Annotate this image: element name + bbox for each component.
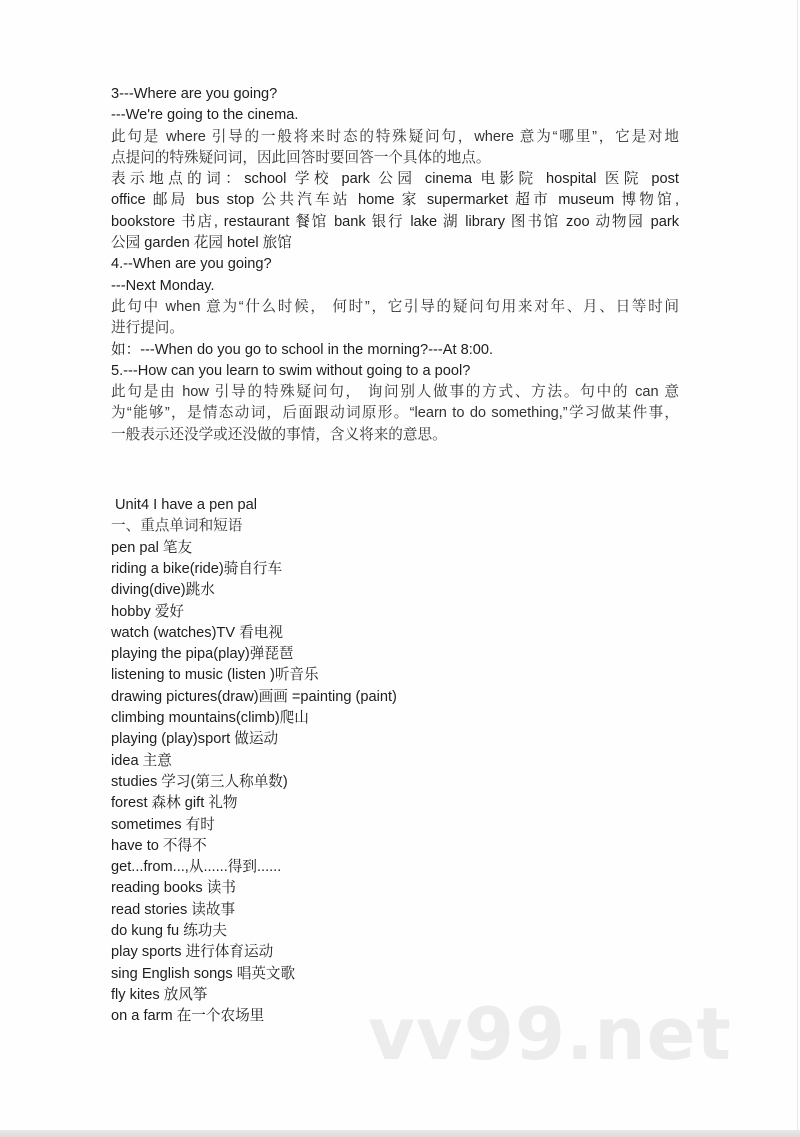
place-words-line: office 邮局 bus stop 公共汽车站 home 家 supermar… [111,190,679,211]
q5-explanation-line: 此句是由 how 引导的特殊疑问句， 询问别人做事的方式、方法。句中的 can … [111,382,679,403]
q3-question: 3---Where are you going? [111,84,679,105]
vocab-item: watch (watches)TV 看电视 [111,623,679,644]
q5-explanation-line: 一般表示还没学或还没做的事情，含义将来的意思。 [111,425,679,446]
q4-explanation-line: 此句中 when 意为“什么时候， 何时”，它引导的疑问句用来对年、月、日等时间 [111,297,679,318]
section-spacer [111,446,679,495]
document-content: 3---Where are you going? ---We're going … [111,84,679,1027]
q5-question: 5.---How can you learn to swim without g… [111,361,679,382]
q4-answer: ---Next Monday. [111,276,679,297]
q4-question: 4.--When are you going? [111,254,679,275]
q3-explanation-line: 点提问的特殊疑问词，因此回答时要回答一个具体的地点。 [111,148,679,169]
vocab-item: do kung fu 练功夫 [111,921,679,942]
q5-explanation: 此句是由 how 引导的特殊疑问句， 询问别人做事的方式、方法。句中的 can … [111,382,679,446]
q3-explanation-line: 此句是 where 引导的一般将来时态的特殊疑问句，where 意为“哪里”，它… [111,127,679,148]
vocab-item: play sports 进行体育运动 [111,942,679,963]
vocab-item: playing (play)sport 做运动 [111,729,679,750]
watermark: vv99.net [368,998,732,1070]
vocab-item: studies 学习(第三人称单数) [111,772,679,793]
place-words-line: 表示地点的词：school 学校 park 公园 cinema 电影院 hosp… [111,169,679,190]
vocab-item: riding a bike(ride)骑自行车 [111,559,679,580]
document-page: 3---Where are you going? ---We're going … [0,0,798,1130]
q4-explanation-line: 进行提问。 [111,318,679,339]
vocab-item: reading books 读书 [111,878,679,899]
page-bottom-edge [0,1130,800,1137]
place-words-line: bookstore 书店, restaurant 餐馆 bank 银行 lake… [111,212,679,233]
vocab-item: forest 森林 gift 礼物 [111,793,679,814]
vocab-item: diving(dive)跳水 [111,580,679,601]
q3-answer: ---We're going to the cinema. [111,105,679,126]
unit-title: Unit4 I have a pen pal [111,495,679,516]
vocab-item: idea 主意 [111,751,679,772]
vocab-item: playing the pipa(play)弹琵琶 [111,644,679,665]
vocab-item: sometimes 有时 [111,815,679,836]
vocab-item: pen pal 笔友 [111,538,679,559]
q4-example: 如：---When do you go to school in the mor… [111,340,679,361]
vocab-item: have to 不得不 [111,836,679,857]
vocab-item: drawing pictures(draw)画画 =painting (pain… [111,687,679,708]
vocab-list: pen pal 笔友 riding a bike(ride)骑自行车 divin… [111,538,679,1028]
place-words-line: 公园 garden 花园 hotel 旅馆 [111,233,679,254]
q4-explanation: 此句中 when 意为“什么时候， 何时”，它引导的疑问句用来对年、月、日等时间… [111,297,679,340]
vocab-item: read stories 读故事 [111,900,679,921]
vocab-item: listening to music (listen )听音乐 [111,665,679,686]
place-words: 表示地点的词：school 学校 park 公园 cinema 电影院 hosp… [111,169,679,254]
vocab-item: climbing mountains(climb)爬山 [111,708,679,729]
vocab-item: get...from...,从......得到...... [111,857,679,878]
q5-explanation-line: 为“能够”，是情态动词，后面跟动词原形。“learn to do somethi… [111,403,679,424]
vocab-item: hobby 爱好 [111,602,679,623]
vocab-item: sing English songs 唱英文歌 [111,964,679,985]
q3-explanation: 此句是 where 引导的一般将来时态的特殊疑问句，where 意为“哪里”，它… [111,127,679,170]
unit-subtitle: 一、重点单词和短语 [111,516,679,537]
